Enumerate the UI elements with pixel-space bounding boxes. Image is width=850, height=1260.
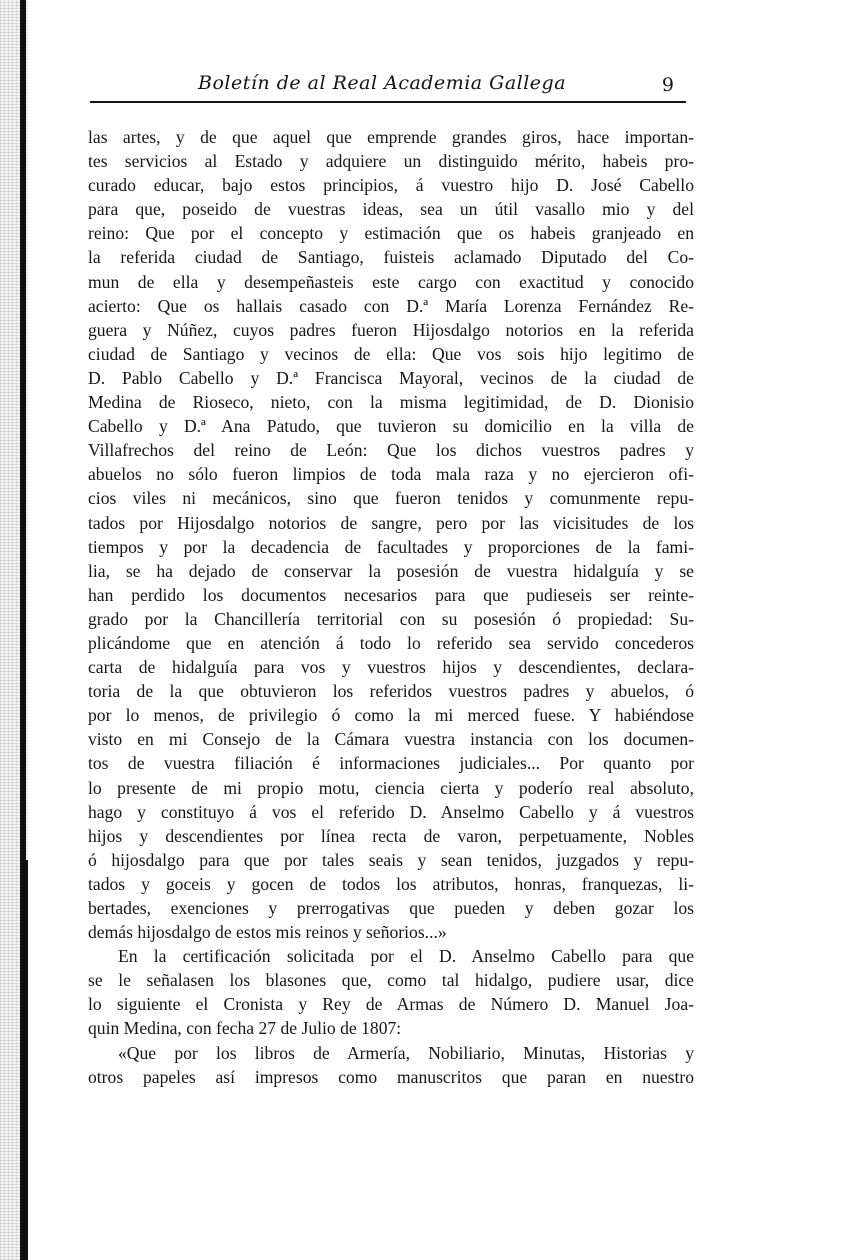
text-line: hijos y descendientes por línea recta de… (88, 824, 694, 848)
binding-shadow-line-lower (25, 860, 28, 1260)
text-line: cios viles ni mecánicos, sino que fueron… (88, 486, 694, 510)
text-line: visto en mi Consejo de la Cámara vuestra… (88, 727, 694, 751)
text-line: tados y goceis y gocen de todos los atri… (88, 872, 694, 896)
text-line: grado por la Chancillería territorial co… (88, 607, 694, 631)
text-line: carta de hidalguía para vos y vuestros h… (88, 655, 694, 679)
text-line: quin Medina, con fecha 27 de Julio de 18… (88, 1016, 694, 1040)
text-line: tes servicios al Estado y adquiere un di… (88, 149, 694, 173)
text-line: En la certificación solicitada por el D.… (88, 944, 694, 968)
text-line: demás hijosdalgo de estos mis reinos y s… (88, 920, 694, 944)
book-page: Boletín de al Real Academia Gallega 9 la… (88, 70, 694, 102)
text-line: bertades, exenciones y prerrogativas que… (88, 896, 694, 920)
text-line: Medina de Rioseco, nieto, con la misma l… (88, 390, 694, 414)
text-line: plicándome que en atención á todo lo ref… (88, 631, 694, 655)
text-line: las artes, y de que aquel que emprende g… (88, 125, 694, 149)
running-title: Boletín de al Real Academia Gallega (198, 72, 566, 94)
text-line: toria de la que obtuvieron los referidos… (88, 679, 694, 703)
text-line: tos de vuestra filiación é informaciones… (88, 751, 694, 775)
text-line: lia, se ha dejado de conservar la posesi… (88, 559, 694, 583)
text-line: la referida ciudad de Santiago, fuisteis… (88, 245, 694, 269)
body-text: las artes, y de que aquel que emprende g… (88, 125, 694, 1089)
text-line: reino: Que por el concepto y estimación … (88, 221, 694, 245)
text-line: tados por Hijosdalgo notorios de sangre,… (88, 511, 694, 535)
text-line: lo presente de mi propio motu, ciencia c… (88, 776, 694, 800)
text-line: «Que por los libros de Armería, Nobiliar… (88, 1041, 694, 1065)
text-line: se le señalasen los blasones que, como t… (88, 968, 694, 992)
text-line: lo siguiente el Cronista y Rey de Armas … (88, 992, 694, 1016)
text-line: otros papeles así impresos como manuscri… (88, 1065, 694, 1089)
text-line: ciudad de Santiago y vecinos de ella: Qu… (88, 342, 694, 366)
text-line: guera y Núñez, cuyos padres fueron Hijos… (88, 318, 694, 342)
text-line: Cabello y D.ª Ana Patudo, que tuvieron s… (88, 414, 694, 438)
text-line: Villafrechos del reino de León: Que los … (88, 438, 694, 462)
text-line: abuelos no sólo fueron limpios de toda m… (88, 462, 694, 486)
text-line: hago y constituyo á vos el referido D. A… (88, 800, 694, 824)
text-line: tiempos y por la decadencia de facultade… (88, 535, 694, 559)
text-line: mun de ella y desempeñasteis este cargo … (88, 270, 694, 294)
text-line: curado educar, bajo estos principios, á … (88, 173, 694, 197)
page-number: 9 (662, 74, 674, 96)
text-line: para que, poseido de vuestras ideas, sea… (88, 197, 694, 221)
text-line: D. Pablo Cabello y D.ª Francisca Mayoral… (88, 366, 694, 390)
text-line: ó hijosdalgo para que por tales seais y … (88, 848, 694, 872)
running-head: Boletín de al Real Academia Gallega 9 (88, 70, 694, 102)
text-line: han perdido los documentos necesarios pa… (88, 583, 694, 607)
text-line: acierto: Que os hallais casado con D.ª M… (88, 294, 694, 318)
header-rule (90, 101, 686, 103)
text-line: por lo menos, de privilegio ó como la mi… (88, 703, 694, 727)
